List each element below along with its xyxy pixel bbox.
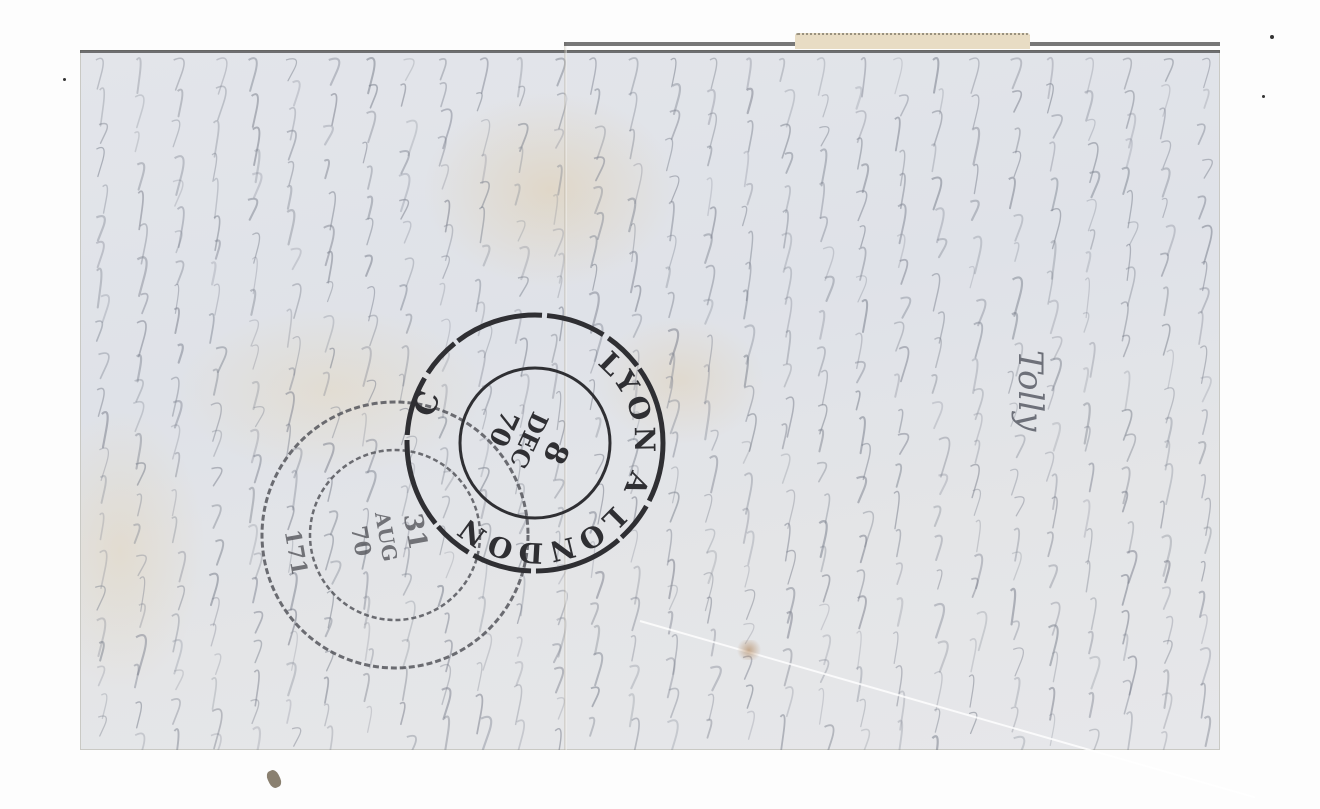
svg-text:70: 70 <box>345 524 376 559</box>
stamp-selvage-strip <box>795 33 1030 49</box>
dust-speck <box>1262 95 1265 98</box>
handwritten-annotation: Tolly <box>1010 350 1050 431</box>
rust-stain <box>735 640 763 660</box>
dust-speck <box>1270 35 1274 39</box>
svg-text:C: C <box>407 387 448 421</box>
debris-fragment <box>265 768 283 789</box>
dust-speck <box>63 78 66 81</box>
svg-text:171: 171 <box>279 528 313 578</box>
lyon-london-postmark: LYON A LONDON 8 DEC 70 C <box>400 308 670 578</box>
